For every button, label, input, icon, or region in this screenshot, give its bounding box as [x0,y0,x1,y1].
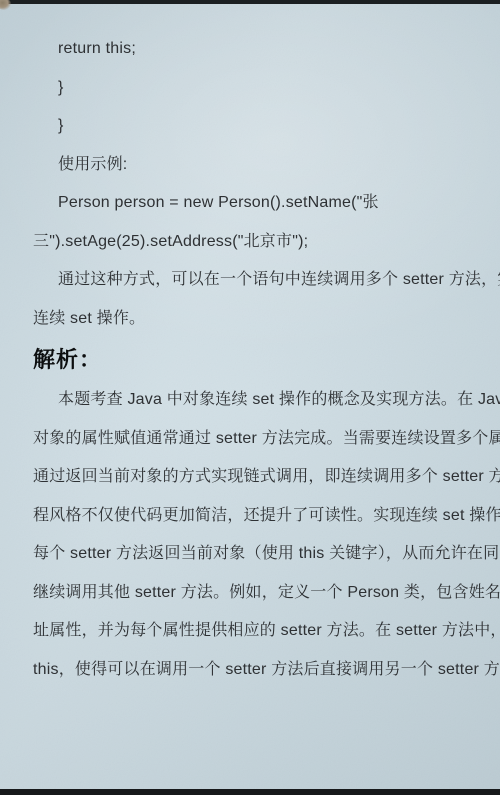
document-content: return this;}}使用示例:Person person = new P… [0,0,500,689]
usage-block: return this;}}使用示例:Person person = new P… [33,30,468,338]
text-line: 继续调用其他 setter 方法。例如，定义一个 Person 类，包含姓名、年… [33,574,468,613]
text-line: } [33,107,468,146]
text-line: return this; [33,30,468,69]
text-line: 对象的属性赋值通常通过 setter 方法完成。当需要连续设置多个属性时，可以 [33,420,468,459]
text-line: 连续 set 操作。 [33,300,468,339]
text-line: 程风格不仅使代码更加简洁，还提升了可读性。实现连续 set 操作的关键在于 [33,497,468,536]
text-line: } [33,69,468,108]
section-heading: 解析： [33,338,468,381]
text-line: 通过这种方式，可以在一个语句中连续调用多个 setter 方法，实现对象的 [33,261,468,300]
text-line: 址属性，并为每个属性提供相应的 setter 方法。在 setter 方法中，通… [33,612,468,651]
text-line: 通过返回当前对象的方式实现链式调用，即连续调用多个 setter 方法。这种编 [33,458,468,497]
text-line: Person person = new Person().setName("张 [33,184,468,223]
bottom-edge-bar [0,789,500,795]
text-line: this，使得可以在调用一个 setter 方法后直接调用另一个 setter … [33,651,468,690]
text-line: 使用示例: [33,146,468,185]
text-line: 本题考查 Java 中对象连续 set 操作的概念及实现方法。在 Java 编程… [33,381,468,420]
text-line: 三").setAge(25).setAddress("北京市"); [33,223,468,262]
analysis-block: 本题考查 Java 中对象连续 set 操作的概念及实现方法。在 Java 编程… [33,381,468,689]
text-line: 每个 setter 方法返回当前对象（使用 this 关键字），从而允许在同一个… [33,535,468,574]
top-edge-bar [0,0,500,4]
document-page: return this;}}使用示例:Person person = new P… [0,0,500,795]
